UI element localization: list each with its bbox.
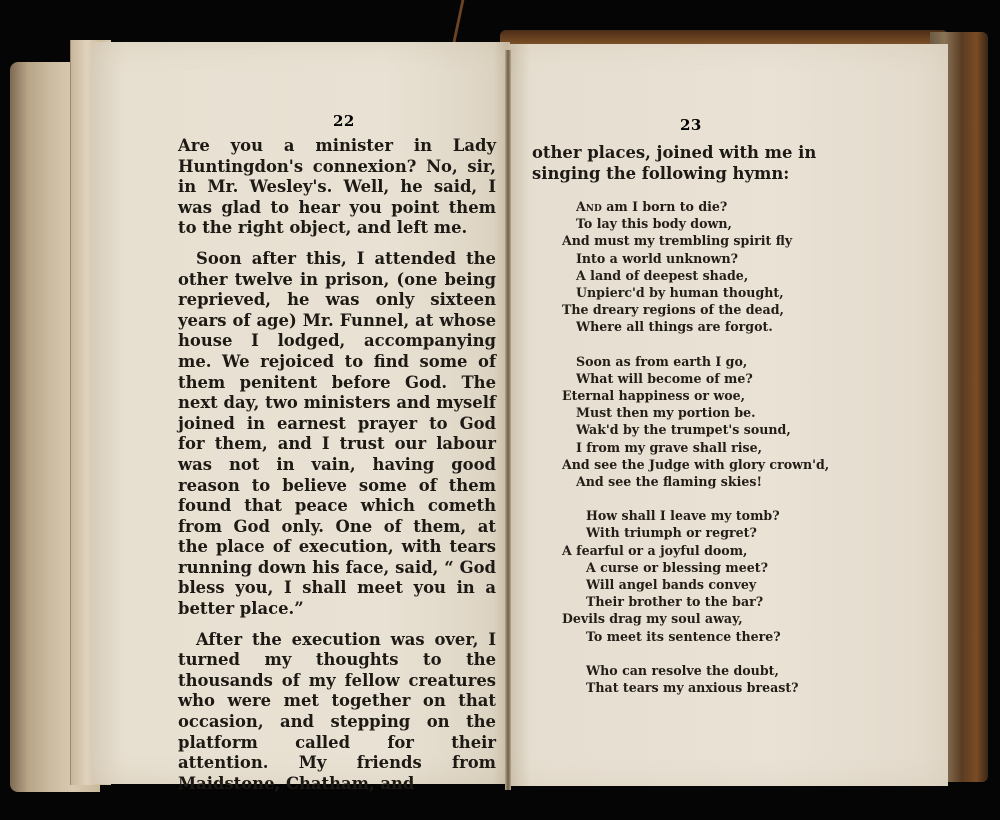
paragraph: Are you a minister in Lady Huntingdon's … xyxy=(178,136,496,239)
hymn-line: Into a world unknown? xyxy=(562,250,822,267)
hymn-line: I from my grave shall rise, xyxy=(562,439,822,456)
page-number-left: 22 xyxy=(333,112,355,130)
hymn-line: Eternal happiness or woe, xyxy=(562,387,822,404)
hymn-line: Soon as from earth I go, xyxy=(562,353,822,370)
hymn-line: Wak'd by the trumpet's sound, xyxy=(562,421,822,438)
left-page-text: Are you a minister in Lady Huntingdon's … xyxy=(178,136,496,794)
hymn-line: Who can resolve the doubt, xyxy=(562,662,822,679)
hymn-stanza-3: How shall I leave my tomb? With triumph … xyxy=(562,507,822,645)
book-photo: 22 23 Are you a minister in Lady Hunting… xyxy=(0,0,1000,820)
hymn-line: And see the Judge with glory crown'd, xyxy=(562,456,822,473)
hymn-line: That tears my anxious breast? xyxy=(562,679,822,696)
hymn-line: To meet its sentence there? xyxy=(562,628,822,645)
hymn-line: And am I born to die? xyxy=(562,198,822,215)
hymn-line: Unpierc'd by human thought, xyxy=(562,284,822,301)
hymn-line: Must then my portion be. xyxy=(562,404,822,421)
hymn-stanza-4: Who can resolve the doubt, That tears my… xyxy=(562,662,822,696)
hymn-first-word: And xyxy=(576,199,602,214)
hymn-line: With triumph or regret? xyxy=(562,524,822,541)
paragraph: After the execution was over, I turned m… xyxy=(178,630,496,795)
hymn-line: Will angel bands convey xyxy=(562,576,822,593)
hymn-stanza-1: And am I born to die? To lay this body d… xyxy=(562,198,822,336)
hymn: And am I born to die? To lay this body d… xyxy=(562,198,822,713)
hymn-stanza-2: Soon as from earth I go, What will becom… xyxy=(562,353,822,491)
hymn-line: To lay this body down, xyxy=(562,215,822,232)
hymn-line: What will become of me? xyxy=(562,370,822,387)
hymn-line: A curse or blessing meet? xyxy=(562,559,822,576)
hymn-line: And see the flaming skies! xyxy=(562,473,822,490)
hymn-line: A land of deepest shade, xyxy=(562,267,822,284)
hymn-line: And must my trembling spirit fly xyxy=(562,232,822,249)
hymn-line: Their brother to the bar? xyxy=(562,593,822,610)
hymn-line: How shall I leave my tomb? xyxy=(562,507,822,524)
hymn-line-text: am I born to die? xyxy=(606,199,727,214)
book-gutter xyxy=(505,50,511,790)
hymn-line: Devils drag my soul away, xyxy=(562,610,822,627)
page-number-right: 23 xyxy=(680,116,702,134)
hymn-line: Where all things are forgot. xyxy=(562,318,822,335)
hymn-line: A fearful or a joyful doom, xyxy=(562,542,822,559)
hymn-line: The dreary regions of the dead, xyxy=(562,301,822,318)
right-page-intro: other places, joined with me in singing … xyxy=(532,143,852,184)
paragraph: Soon after this, I attended the other tw… xyxy=(178,249,496,620)
